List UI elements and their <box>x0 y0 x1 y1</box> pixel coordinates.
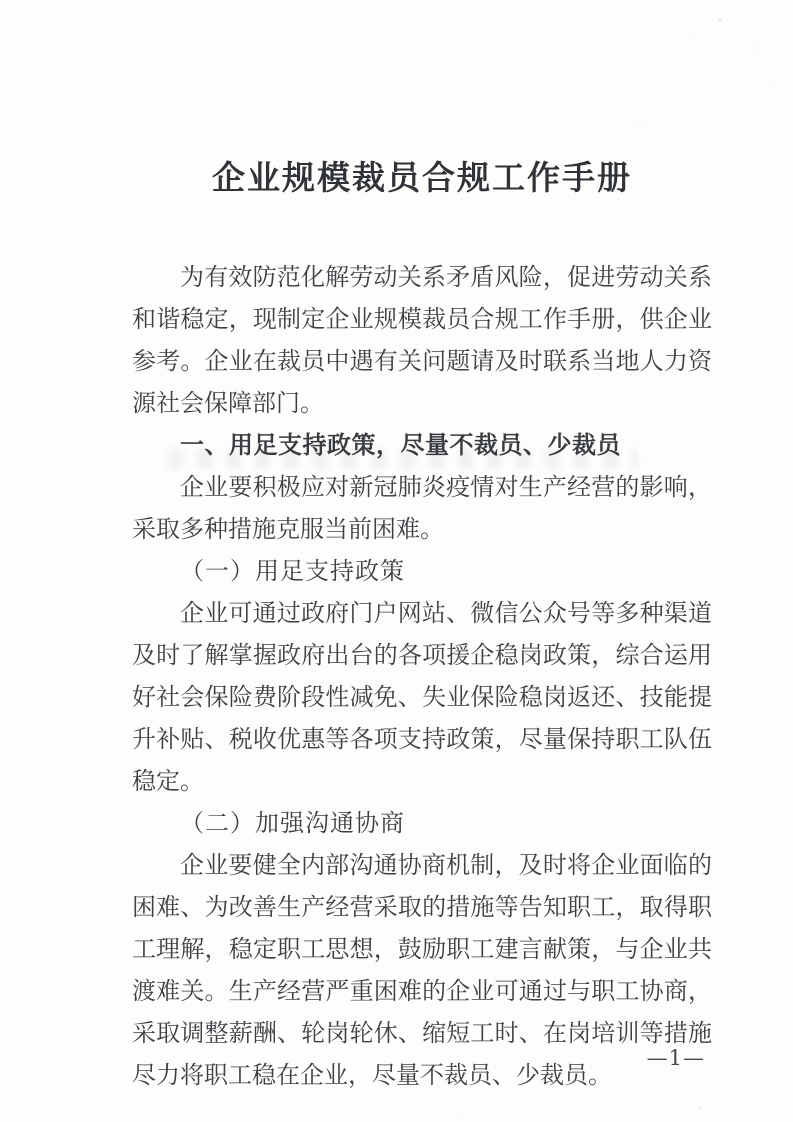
subsection-2-paragraph: 企业要健全内部沟通协商机制，及时将企业面临的困难、为改善生产经营采取的措施等告知… <box>132 844 712 1096</box>
document-content: 企业规模裁员合规工作手册 为有效防范化解劳动关系矛盾风险，促进劳动关系和谐稳定，… <box>132 0 712 1096</box>
page-number: —1— <box>647 1046 705 1070</box>
section-1-heading: 一、用足支持政策，尽量不裁员、少裁员 <box>132 424 712 466</box>
scanned-document-page: 企业规模裁员合规工作手册 为有效防范化解劳动关系矛盾风险，促进劳动关系和谐稳定，… <box>0 0 793 1122</box>
document-body: 为有效防范化解劳动关系矛盾风险，促进劳动关系和谐稳定，现制定企业规模裁员合规工作… <box>132 256 712 1096</box>
subsection-1-paragraph: 企业可通过政府门户网站、微信公众号等多种渠道及时了解掌握政府出台的各项援企稳岗政… <box>132 592 712 802</box>
document-title: 企业规模裁员合规工作手册 <box>132 156 712 200</box>
section-1-lead-paragraph: 企业要积极应对新冠肺炎疫情对生产经营的影响，采取多种措施克服当前困难。 <box>132 466 712 550</box>
intro-paragraph: 为有效防范化解劳动关系矛盾风险，促进劳动关系和谐稳定，现制定企业规模裁员合规工作… <box>132 256 712 424</box>
subsection-2-heading: （二）加强沟通协商 <box>132 802 712 844</box>
subsection-1-heading: （一）用足支持政策 <box>132 550 712 592</box>
